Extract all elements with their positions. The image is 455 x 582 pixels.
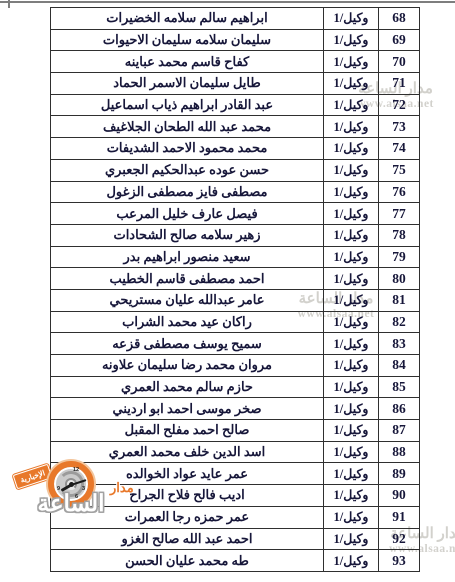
name-cell: فيصل عارف خليل المرعب (51, 203, 324, 225)
table-row: 92 وكيل/1 احمد عبد الله صالح الغزو (51, 528, 420, 550)
role-cell: وكيل/1 (324, 8, 379, 30)
name-cell: حازم سالم محمد العمري (51, 376, 324, 398)
scan-artifact-top-line (0, 1, 455, 3)
serial-number-cell: 85 (379, 376, 420, 398)
serial-number-cell: 83 (379, 333, 420, 355)
table-row: 79 وكيل/1 سعيد منصور ابراهيم بدر (51, 246, 420, 268)
serial-number-cell: 88 (379, 441, 420, 463)
role-cell: وكيل/1 (324, 420, 379, 442)
role-cell: وكيل/1 (324, 463, 379, 485)
role-cell: وكيل/1 (324, 203, 379, 225)
name-cell: عامر عبدالله عليان مستريحي (51, 289, 324, 311)
serial-number-cell: 80 (379, 268, 420, 290)
serial-number-cell: 84 (379, 355, 420, 377)
role-cell: وكيل/1 (324, 528, 379, 550)
clock-number: 12 (73, 468, 79, 474)
name-cell: حسن عوده عبدالحكيم الجعبري (51, 159, 324, 181)
role-cell: وكيل/1 (324, 485, 379, 507)
role-cell: وكيل/1 (324, 224, 379, 246)
role-cell: وكيل/1 (324, 550, 379, 572)
name-cell: احمد مصطفى قاسم الخطيب (51, 268, 324, 290)
name-cell: طه محمد عليان الحسن (51, 550, 324, 572)
name-cell: مصطفى فايز مصطفى الزغول (51, 181, 324, 203)
table-row: 76 وكيل/1 مصطفى فايز مصطفى الزغول (51, 181, 420, 203)
scan-artifact-left-tick (8, 0, 10, 8)
serial-number-cell: 71 (379, 73, 420, 95)
role-cell: وكيل/1 (324, 73, 379, 95)
table-row: 75 وكيل/1 حسن عوده عبدالحكيم الجعبري (51, 159, 420, 181)
table-row: 82 وكيل/1 راكان عيد محمد الشراب (51, 311, 420, 333)
table-row: 68 وكيل/1 ابراهيم سالم سلامه الخضيرات (51, 8, 420, 30)
name-cell: صخر موسى احمد ابو ارديني (51, 398, 324, 420)
serial-number-cell: 89 (379, 463, 420, 485)
role-cell: وكيل/1 (324, 181, 379, 203)
table-row: 69 وكيل/1 سليمان سلامه سليمان الاحيوات (51, 29, 420, 51)
serial-number-cell: 73 (379, 116, 420, 138)
name-cell: احمد عبد الله صالح الغزو (51, 528, 324, 550)
serial-number-cell: 90 (379, 485, 420, 507)
serial-number-cell: 87 (379, 420, 420, 442)
role-cell: وكيل/1 (324, 311, 379, 333)
name-cell: سميح يوسف مصطفى قزعه (51, 333, 324, 355)
table-row: 87 وكيل/1 صالح احمد مفلح المقبل (51, 420, 420, 442)
role-cell: وكيل/1 (324, 29, 379, 51)
serial-number-cell: 77 (379, 203, 420, 225)
role-cell: وكيل/1 (324, 376, 379, 398)
serial-number-cell: 74 (379, 138, 420, 160)
serial-number-cell: 76 (379, 181, 420, 203)
role-cell: وكيل/1 (324, 398, 379, 420)
role-cell: وكيل/1 (324, 116, 379, 138)
role-cell: وكيل/1 (324, 506, 379, 528)
serial-number-cell: 78 (379, 224, 420, 246)
serial-number-cell: 70 (379, 51, 420, 73)
name-cell: كفاح قاسم محمد عباينه (51, 51, 324, 73)
serial-number-cell: 79 (379, 246, 420, 268)
table-row: 77 وكيل/1 فيصل عارف خليل المرعب (51, 203, 420, 225)
clock-center-dot (69, 482, 74, 487)
table-row: 78 وكيل/1 زهير سلامه صالح الشحادات (51, 224, 420, 246)
name-cell: صالح احمد مفلح المقبل (51, 420, 324, 442)
serial-number-cell: 72 (379, 94, 420, 116)
name-cell: سليمان سلامه سليمان الاحيوات (51, 29, 324, 51)
logo-word-alsaa: الساعة (14, 491, 128, 517)
serial-number-cell: 91 (379, 506, 420, 528)
serial-number-cell: 93 (379, 550, 420, 572)
name-cell: طايل سليمان الاسمر الحماد (51, 73, 324, 95)
serial-number-cell: 86 (379, 398, 420, 420)
table-row: 73 وكيل/1 محمد عبد الله الطحان الجلاغيف (51, 116, 420, 138)
table-row: 71 وكيل/1 طايل سليمان الاسمر الحماد (51, 73, 420, 95)
role-cell: وكيل/1 (324, 268, 379, 290)
table-row: 93 وكيل/1 طه محمد عليان الحسن (51, 550, 420, 572)
role-cell: وكيل/1 (324, 159, 379, 181)
table-row: 80 وكيل/1 احمد مصطفى قاسم الخطيب (51, 268, 420, 290)
serial-number-cell: 82 (379, 311, 420, 333)
role-cell: وكيل/1 (324, 246, 379, 268)
table-row: 86 وكيل/1 صخر موسى احمد ابو ارديني (51, 398, 420, 420)
table-row: 84 وكيل/1 مروان محمد رضا سليمان علاونه (51, 355, 420, 377)
role-cell: وكيل/1 (324, 355, 379, 377)
name-cell: محمد عبد الله الطحان الجلاغيف (51, 116, 324, 138)
table-row: 70 وكيل/1 كفاح قاسم محمد عباينه (51, 51, 420, 73)
logo-ribbon-label: الإخبارية (13, 464, 53, 490)
role-cell: وكيل/1 (324, 333, 379, 355)
table-row: 81 وكيل/1 عامر عبدالله عليان مستريحي (51, 289, 420, 311)
table-row: 83 وكيل/1 سميح يوسف مصطفى قزعه (51, 333, 420, 355)
serial-number-cell: 75 (379, 159, 420, 181)
name-cell: زهير سلامه صالح الشحادات (51, 224, 324, 246)
serial-number-cell: 68 (379, 8, 420, 30)
name-cell: سعيد منصور ابراهيم بدر (51, 246, 324, 268)
table-row: 85 وكيل/1 حازم سالم محمد العمري (51, 376, 420, 398)
role-cell: وكيل/1 (324, 441, 379, 463)
name-cell: عبد القادر ابراهيم ذياب اسماعيل (51, 94, 324, 116)
serial-number-cell: 92 (379, 528, 420, 550)
role-cell: وكيل/1 (324, 289, 379, 311)
role-cell: وكيل/1 (324, 138, 379, 160)
role-cell: وكيل/1 (324, 94, 379, 116)
table-row: 74 وكيل/1 محمد محمود الاحمد الشديفات (51, 138, 420, 160)
serial-number-cell: 69 (379, 29, 420, 51)
serial-number-cell: 81 (379, 289, 420, 311)
role-cell: وكيل/1 (324, 51, 379, 73)
name-cell: راكان عيد محمد الشراب (51, 311, 324, 333)
name-cell: محمد محمود الاحمد الشديفات (51, 138, 324, 160)
name-cell: ابراهيم سالم سلامه الخضيرات (51, 8, 324, 30)
name-cell: مروان محمد رضا سليمان علاونه (51, 355, 324, 377)
madar-alsaa-logo: الإخبارية 12 3 6 9 مدار الساعة (14, 459, 142, 529)
table-row: 72 وكيل/1 عبد القادر ابراهيم ذياب اسماعي… (51, 94, 420, 116)
